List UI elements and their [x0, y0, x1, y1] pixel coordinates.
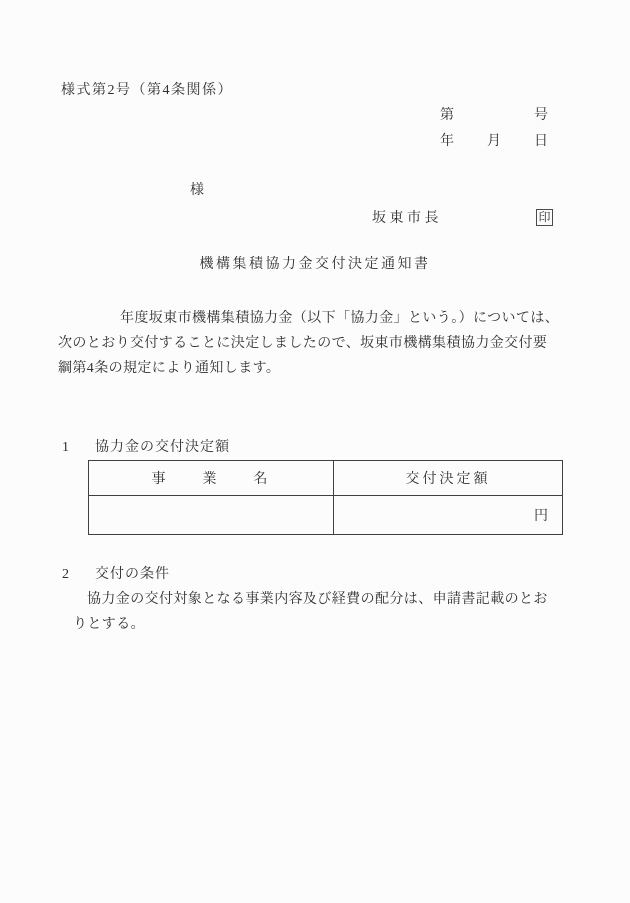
- doc-number-suffix: 号: [534, 108, 548, 124]
- section-2-line: 協力金の交付対象となる事業内容及び経費の配分は、申請書記載のとお: [87, 587, 548, 612]
- body-line: 綱第4条の規定により通知します。: [58, 356, 573, 381]
- doc-number-line: 第 号: [440, 108, 548, 124]
- date-day-label: 日: [534, 134, 548, 150]
- table-header-business-name: 事 業 名: [89, 461, 334, 496]
- body-line: 年度坂東市機構集積協力金（以下「協力金」という。）については、: [58, 306, 573, 331]
- addressee-honorific: 様: [190, 183, 206, 199]
- body-line: 次のとおり交付することに決定しましたので、坂東市機構集積協力金交付要: [58, 331, 573, 356]
- date-line: 年 月 日: [440, 134, 548, 150]
- section-2-heading: 2交付の条件: [62, 567, 170, 583]
- date-month-label: 月: [487, 134, 501, 150]
- body-paragraph: 年度坂東市機構集積協力金（以下「協力金」という。）については、 次のとおり交付す…: [58, 306, 573, 381]
- doc-number-prefix: 第: [440, 108, 454, 124]
- sender-name: 坂東市長: [372, 211, 442, 227]
- amount-cell: 円: [334, 496, 563, 535]
- seal-mark: 印: [536, 209, 553, 226]
- section-2-paragraph: 協力金の交付対象となる事業内容及び経費の配分は、申請書記載のとお りとする。: [73, 587, 548, 637]
- section-1-heading: 1協力金の交付決定額: [62, 440, 230, 456]
- section-2-title: 交付の条件: [95, 567, 170, 582]
- document-title: 機構集積協力金交付決定通知書: [0, 257, 630, 273]
- business-name-cell: [89, 496, 334, 535]
- table-header-row: 事 業 名 交付決定額: [89, 461, 563, 496]
- section-2-number: 2: [62, 567, 95, 583]
- document-page: 様式第2号（第4条関係） 第 号 年 月 日 様 坂東市長 印 機構集積協力金交…: [0, 0, 630, 903]
- section-1-title: 協力金の交付決定額: [95, 440, 230, 455]
- table-row: 円: [89, 496, 563, 535]
- form-number: 様式第2号（第4条関係）: [61, 83, 233, 99]
- section-2-line: りとする。: [73, 612, 548, 637]
- section-1-number: 1: [62, 440, 95, 456]
- grant-decision-table: 事 業 名 交付決定額 円: [88, 460, 563, 535]
- table-header-decided-amount: 交付決定額: [334, 461, 563, 496]
- date-year-label: 年: [440, 134, 454, 150]
